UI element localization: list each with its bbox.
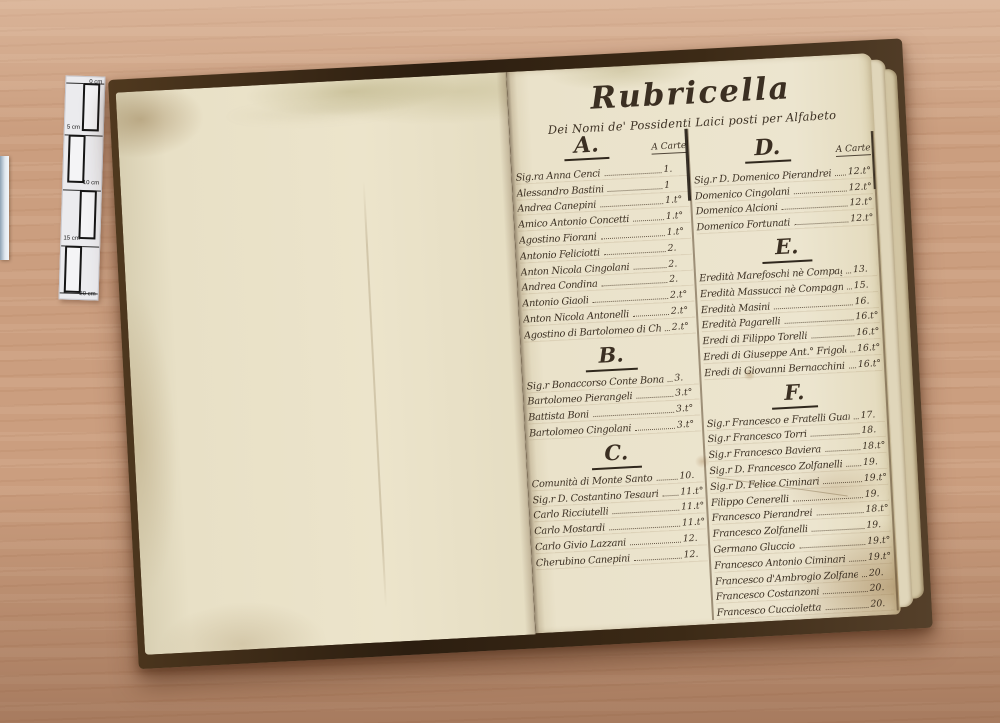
entry-page: 1.t°	[665, 194, 690, 207]
scale-label: 5 cm	[67, 124, 80, 130]
scale-label: 20 cm	[79, 291, 96, 298]
entry-page: 11.t°	[682, 516, 707, 529]
section-letter: B.	[585, 340, 638, 372]
section-header: B.	[525, 339, 698, 372]
dot-leader	[636, 396, 673, 399]
section-letter: E.	[761, 233, 812, 265]
entry-name: Cherubino Canepini	[536, 553, 631, 569]
dot-leader	[823, 481, 862, 484]
entry-page: 3.t°	[676, 403, 701, 416]
photo-scene: 0 cm 5 cm 10 cm 15 cm 20 cm Rubricella D…	[0, 0, 1000, 723]
entry-page: 20.	[870, 598, 895, 611]
rubricella-page: Rubricella Dei Nomi de' Possidenti Laici…	[506, 53, 901, 633]
entry-page: 12.t°	[848, 181, 873, 194]
dot-leader	[656, 478, 677, 480]
entry-page: 16.	[854, 295, 879, 308]
scale-segment	[82, 83, 101, 132]
page-crease	[363, 181, 387, 608]
entry-page: 2.t°	[671, 305, 696, 318]
entry-page: 10.	[679, 469, 704, 482]
entry-page: 1.t°	[666, 210, 691, 223]
entry-page: 16.t°	[856, 326, 881, 339]
blank-verso-page	[116, 72, 536, 655]
entry-page: 19.	[864, 487, 889, 500]
dot-leader	[835, 174, 846, 176]
dot-leader	[846, 272, 851, 273]
dot-leader	[862, 575, 867, 576]
entry-page: 20.	[869, 566, 894, 579]
entry-page: 19.t°	[864, 471, 889, 484]
entry-page: 3.t°	[675, 387, 700, 400]
entry-page: 2.	[669, 273, 694, 286]
entry-page: 12.	[683, 548, 708, 561]
entry-page: 13.	[853, 263, 878, 276]
entry-page: 19.	[866, 519, 891, 532]
dot-leader	[825, 607, 868, 610]
entry-page: 2.t°	[671, 320, 696, 333]
entry-name: Eredi di Giovanni Bernacchini	[704, 361, 845, 379]
entry-page: 11.t°	[681, 501, 706, 514]
entry-page: 3.	[674, 371, 699, 384]
entry-name: Agostino di Bartolomeo di Chiara	[524, 323, 661, 341]
scale-segment	[78, 190, 97, 239]
entry-page: 20.	[869, 582, 894, 595]
dot-leader	[823, 591, 868, 594]
ink-show-through	[210, 93, 426, 130]
entry-name: Francesco Cuccioletta	[716, 603, 821, 619]
dot-leader	[794, 190, 847, 194]
dot-leader	[816, 512, 863, 515]
entry-name: Bartolomeo Cingolani	[529, 423, 632, 439]
entry-page: 12.t°	[848, 165, 873, 178]
entry-page: 11.t°	[680, 485, 705, 498]
dot-leader	[850, 351, 855, 352]
entry-page: 16.t°	[858, 358, 883, 371]
scale-segment	[64, 245, 82, 293]
entry-page: 12.	[683, 532, 708, 545]
entry-page: 19.t°	[867, 535, 892, 548]
dot-leader	[811, 335, 854, 338]
section-letter: A.	[563, 133, 609, 161]
dot-leader	[847, 465, 862, 467]
entry-page: 15.	[853, 279, 878, 292]
dot-leader	[633, 267, 666, 270]
dot-leader	[633, 219, 664, 222]
rubricella-index: Rubricella Dei Nomi de' Possidenti Laici…	[506, 53, 901, 633]
entry-page: 12.t°	[849, 197, 874, 210]
entry-page: 19.t°	[868, 550, 893, 563]
dot-leader	[668, 380, 673, 381]
carte-header: A Carte	[836, 143, 871, 157]
dot-leader	[635, 428, 675, 431]
entry-page: 18.t°	[862, 440, 887, 453]
entry-page: 1.t°	[666, 226, 691, 239]
dot-leader	[854, 418, 859, 419]
dot-leader	[850, 560, 867, 562]
entry-page: 16.t°	[857, 342, 882, 355]
scale-label: 15 cm	[63, 235, 80, 242]
section-header: C.	[530, 437, 703, 470]
entry-name: Domenico Fortunati	[696, 218, 790, 234]
dot-leader	[630, 542, 681, 546]
scale-segment	[67, 134, 86, 183]
section-header: F.	[705, 377, 884, 410]
dot-leader	[825, 449, 860, 452]
dot-leader	[633, 314, 669, 317]
dot-leader	[847, 288, 852, 289]
entry-page: 18.	[861, 424, 886, 437]
scale-label: 10 cm	[83, 180, 100, 187]
section-letter: D.	[744, 135, 791, 163]
entry-page: 3.t°	[677, 418, 702, 431]
entry-page: 19.	[863, 456, 888, 469]
dot-leader	[634, 557, 682, 560]
entry-page: 2.	[667, 241, 692, 254]
dot-leader	[608, 188, 663, 192]
manuscript-book: Rubricella Dei Nomi de' Possidenti Laici…	[108, 38, 933, 669]
entry-page: 17.	[860, 408, 885, 421]
entry-page: 18.t°	[865, 503, 890, 516]
index-column-left: A.A CarteSig.ra Anna Cenci1.Alessandro B…	[514, 129, 708, 569]
entry-page: 12.t°	[850, 212, 875, 225]
entry-page: 16.t°	[855, 310, 880, 323]
dot-leader	[665, 330, 670, 331]
scale-label: 0 cm	[89, 79, 102, 85]
entry-page: 2.t°	[670, 289, 695, 302]
dot-leader	[604, 172, 661, 176]
entry-page: 1.	[663, 163, 688, 176]
dot-leader	[811, 434, 860, 438]
carte-header: A Carte	[651, 141, 686, 155]
entry-page: 1	[664, 178, 689, 191]
column-header: D.A Carte	[692, 131, 871, 166]
section-letter: F.	[771, 378, 819, 409]
color-card-edge	[0, 156, 9, 260]
index-column-right: D.A CarteSig.r D. Domenico Pierandrei12.…	[692, 131, 895, 619]
section-letter: C.	[591, 439, 642, 471]
dot-leader	[849, 367, 856, 368]
entry-page: 2.	[668, 257, 693, 270]
dot-leader	[812, 528, 865, 532]
scale-bar: 0 cm 5 cm 10 cm 15 cm 20 cm	[58, 75, 105, 300]
dot-leader	[663, 494, 679, 496]
section-header: E.	[697, 231, 876, 264]
dot-leader	[794, 222, 848, 226]
